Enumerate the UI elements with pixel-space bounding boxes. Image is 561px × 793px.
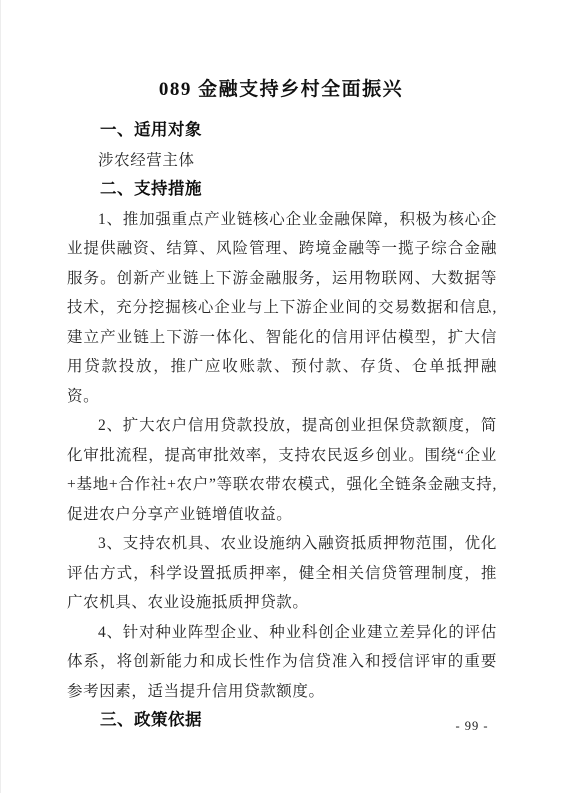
document-title: 089 金融支持乡村全面振兴 — [1, 0, 561, 103]
paragraph: 4、针对种业阵型企业、种业科创企业建立差异化的评估体系，将创新能力和成长性作为信… — [67, 618, 497, 707]
document-content: 一、适用对象涉农经营主体二、支持措施1、推加强重点产业链核心企业金融保障，积极为… — [1, 116, 561, 736]
paragraph: 涉农经营主体 — [67, 146, 497, 176]
paragraph: 2、扩大农户信用贷款投放，提高创业担保贷款额度，简化审批流程，提高审批效率，支持… — [67, 411, 497, 529]
document-page: 089 金融支持乡村全面振兴 一、适用对象涉农经营主体二、支持措施1、推加强重点… — [0, 0, 561, 793]
paragraph: 1、推加强重点产业链核心企业金融保障，积极为核心企业提供融资、结算、风险管理、跨… — [67, 205, 497, 412]
paragraph: 3、支持农机具、农业设施纳入融资抵质押物范围，优化评估方式，科学设置抵质押率，健… — [67, 529, 497, 618]
page-number: - 99 - — [437, 719, 507, 734]
section-heading-1: 一、适用对象 — [67, 116, 497, 146]
section-heading-3: 三、政策依据 — [67, 706, 497, 736]
section-heading-2: 二、支持措施 — [67, 175, 497, 205]
